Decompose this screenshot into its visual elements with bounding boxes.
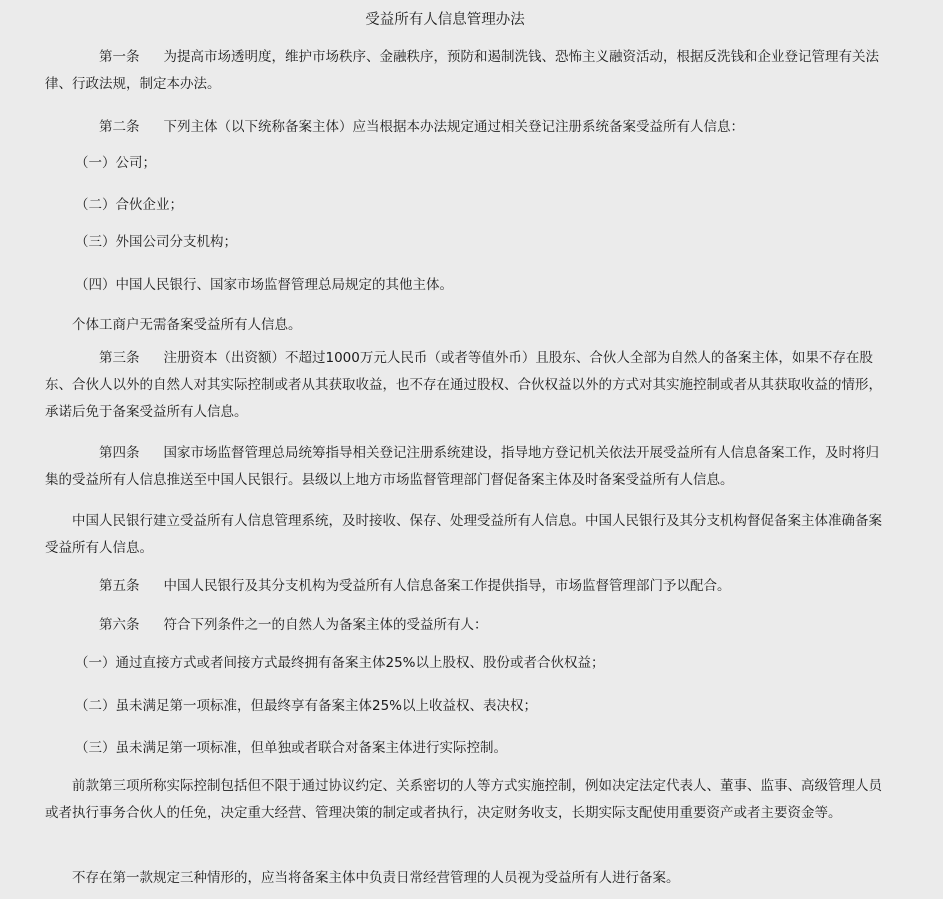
article-text: 国家市场监督管理总局统筹指导相关登记注册系统建设，指导地方登记机关依法开展受益所… — [45, 445, 879, 488]
list-item: （三）外国公司分支机构； — [45, 229, 890, 256]
article-label: 第二条 — [72, 114, 140, 141]
article-label: 第五条 — [72, 573, 140, 600]
article-label: 第三条 — [72, 345, 140, 372]
article-text: 注册资本（出资额）不超过1000万元人民币（或者等值外币）且股东、合伙人全部为自… — [45, 350, 882, 420]
article-4: 第四条国家市场监督管理总局统筹指导相关登记注册系统建设，指导地方登记机关依法开展… — [45, 440, 890, 494]
article-label: 第四条 — [72, 440, 140, 467]
article-2: 第二条下列主体（以下统称备案主体）应当根据本办法规定通过相关登记注册系统备案受益… — [45, 114, 890, 141]
article-5: 第五条中国人民银行及其分支机构为受益所有人信息备案工作提供指导，市场监督管理部门… — [45, 573, 890, 600]
paragraph: 不存在第一款规定三种情形的，应当将备案主体中负责日常经营管理的人员视为受益所有人… — [45, 865, 890, 892]
article-text: 为提高市场透明度，维护市场秩序、金融秩序，预防和遏制洗钱、恐怖主义融资活动，根据… — [45, 49, 879, 92]
paragraph: 个体工商户无需备案受益所有人信息。 — [45, 312, 890, 339]
paragraph: 前款第三项所称实际控制包括但不限于通过协议约定、关系密切的人等方式实施控制，例如… — [45, 773, 890, 827]
article-text: 下列主体（以下统称备案主体）应当根据本办法规定通过相关登记注册系统备案受益所有人… — [164, 119, 745, 135]
list-item: （二）虽未满足第一项标准，但最终享有备案主体25%以上收益权、表决权； — [45, 693, 890, 720]
article-6: 第六条符合下列条件之一的自然人为备案主体的受益所有人： — [45, 612, 890, 639]
list-item: （二）合伙企业； — [45, 192, 890, 219]
article-text: 中国人民银行及其分支机构为受益所有人信息备案工作提供指导，市场监督管理部门予以配… — [164, 578, 731, 594]
article-3: 第三条注册资本（出资额）不超过1000万元人民币（或者等值外币）且股东、合伙人全… — [45, 345, 890, 426]
article-text: 符合下列条件之一的自然人为备案主体的受益所有人： — [164, 617, 488, 633]
article-label: 第六条 — [72, 612, 140, 639]
article-label: 第一条 — [72, 44, 140, 71]
list-item: （四）中国人民银行、国家市场监督管理总局规定的其他主体。 — [45, 272, 890, 299]
list-item: （一）通过直接方式或者间接方式最终拥有备案主体25%以上股权、股份或者合伙权益； — [45, 650, 890, 677]
document-title: 受益所有人信息管理办法 — [0, 10, 935, 30]
list-item: （三）虽未满足第一项标准，但单独或者联合对备案主体进行实际控制。 — [45, 735, 890, 762]
article-1: 第一条为提高市场透明度，维护市场秩序、金融秩序，预防和遏制洗钱、恐怖主义融资活动… — [45, 44, 890, 98]
paragraph: 中国人民银行建立受益所有人信息管理系统，及时接收、保存、处理受益所有人信息。中国… — [45, 508, 890, 562]
list-item: （一）公司； — [45, 150, 890, 177]
